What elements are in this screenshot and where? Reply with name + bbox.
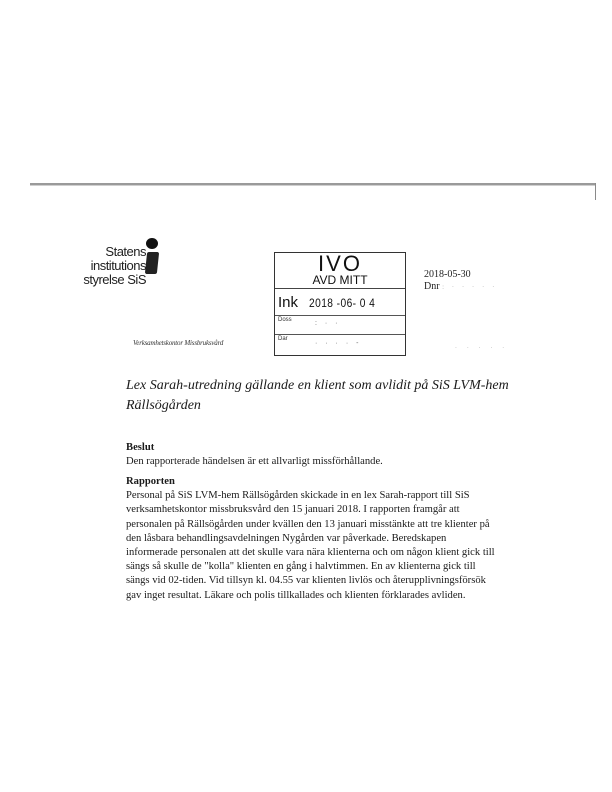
body-line: gav inget resultat. Läkare och polis til… [126, 589, 526, 603]
section-rapporten: Rapporten Personal på SiS LVM-hem Rällsö… [126, 475, 526, 603]
body-line: Den rapporterade händelsen är ett allvar… [126, 455, 526, 469]
sis-i-logo-stem [145, 252, 159, 274]
stamp-diarie-row: Dar · · · · - [275, 335, 405, 354]
page-right-edge [595, 183, 596, 200]
stamp-dossier-label: Doss [278, 317, 292, 323]
stamp-inkommen-label: Ink [278, 294, 298, 311]
redacted-mark: · · · · · [455, 345, 508, 352]
document-date: 2018-05-30 [424, 269, 471, 281]
page-top-edge [30, 183, 595, 186]
stamp-department: AVD MITT [275, 274, 405, 289]
body-line: personalen på Rällsögården under kvällen… [126, 518, 526, 532]
stamp-agency: IVO [275, 253, 405, 275]
title-line: Lex Sarah-utredning gällande en klient s… [126, 376, 526, 396]
body-line: den låsbara behandlingsavdelningen Nygår… [126, 532, 526, 546]
logo-text: Statens institutions styrelse SiS [83, 245, 146, 287]
title-line: Rällsögården [126, 396, 526, 416]
body-line: sängs så skulle de "kolla" klienten en g… [126, 560, 526, 574]
stamp-inkommen-date: 2018 -06- 0 4 [309, 296, 375, 310]
redacted-mark: · · · · - [315, 340, 361, 347]
body-line: sängs vid 02-tiden. Vid tillsyn kl. 04.5… [126, 574, 526, 588]
stamp-diarie-label: Dar [278, 336, 288, 342]
document-title: Lex Sarah-utredning gällande en klient s… [126, 376, 526, 416]
redacted-mark: : · · · · · [442, 283, 497, 291]
sis-i-logo-icon [146, 238, 158, 249]
logo-line: institutions [83, 259, 146, 273]
stamp-inkommen-row: Ink 2018 -06- 0 4 [275, 291, 405, 316]
body-line: Personal på SiS LVM-hem Rällsögården ski… [126, 489, 526, 503]
redacted-mark: : · · [315, 320, 341, 327]
section-heading: Rapporten [126, 475, 526, 489]
logo-line: styrelse SiS [83, 273, 146, 287]
body-line: verksamhetskontor missbruksvård den 15 j… [126, 503, 526, 517]
ivo-received-stamp: IVO AVD MITT Ink 2018 -06- 0 4 Doss : · … [274, 252, 406, 356]
logo-line: Statens [83, 245, 146, 259]
department-name: Verksamhetskontor Missbruksvård [133, 339, 223, 347]
dnr-field: Dnr : · · · · · [424, 281, 497, 293]
stamp-dossier-row: Doss : · · [275, 316, 405, 335]
section-beslut: Beslut Den rapporterade händelsen är ett… [126, 441, 526, 469]
body-line: informerade personalen att det skulle va… [126, 546, 526, 560]
dnr-label: Dnr [424, 281, 440, 292]
section-heading: Beslut [126, 441, 526, 455]
